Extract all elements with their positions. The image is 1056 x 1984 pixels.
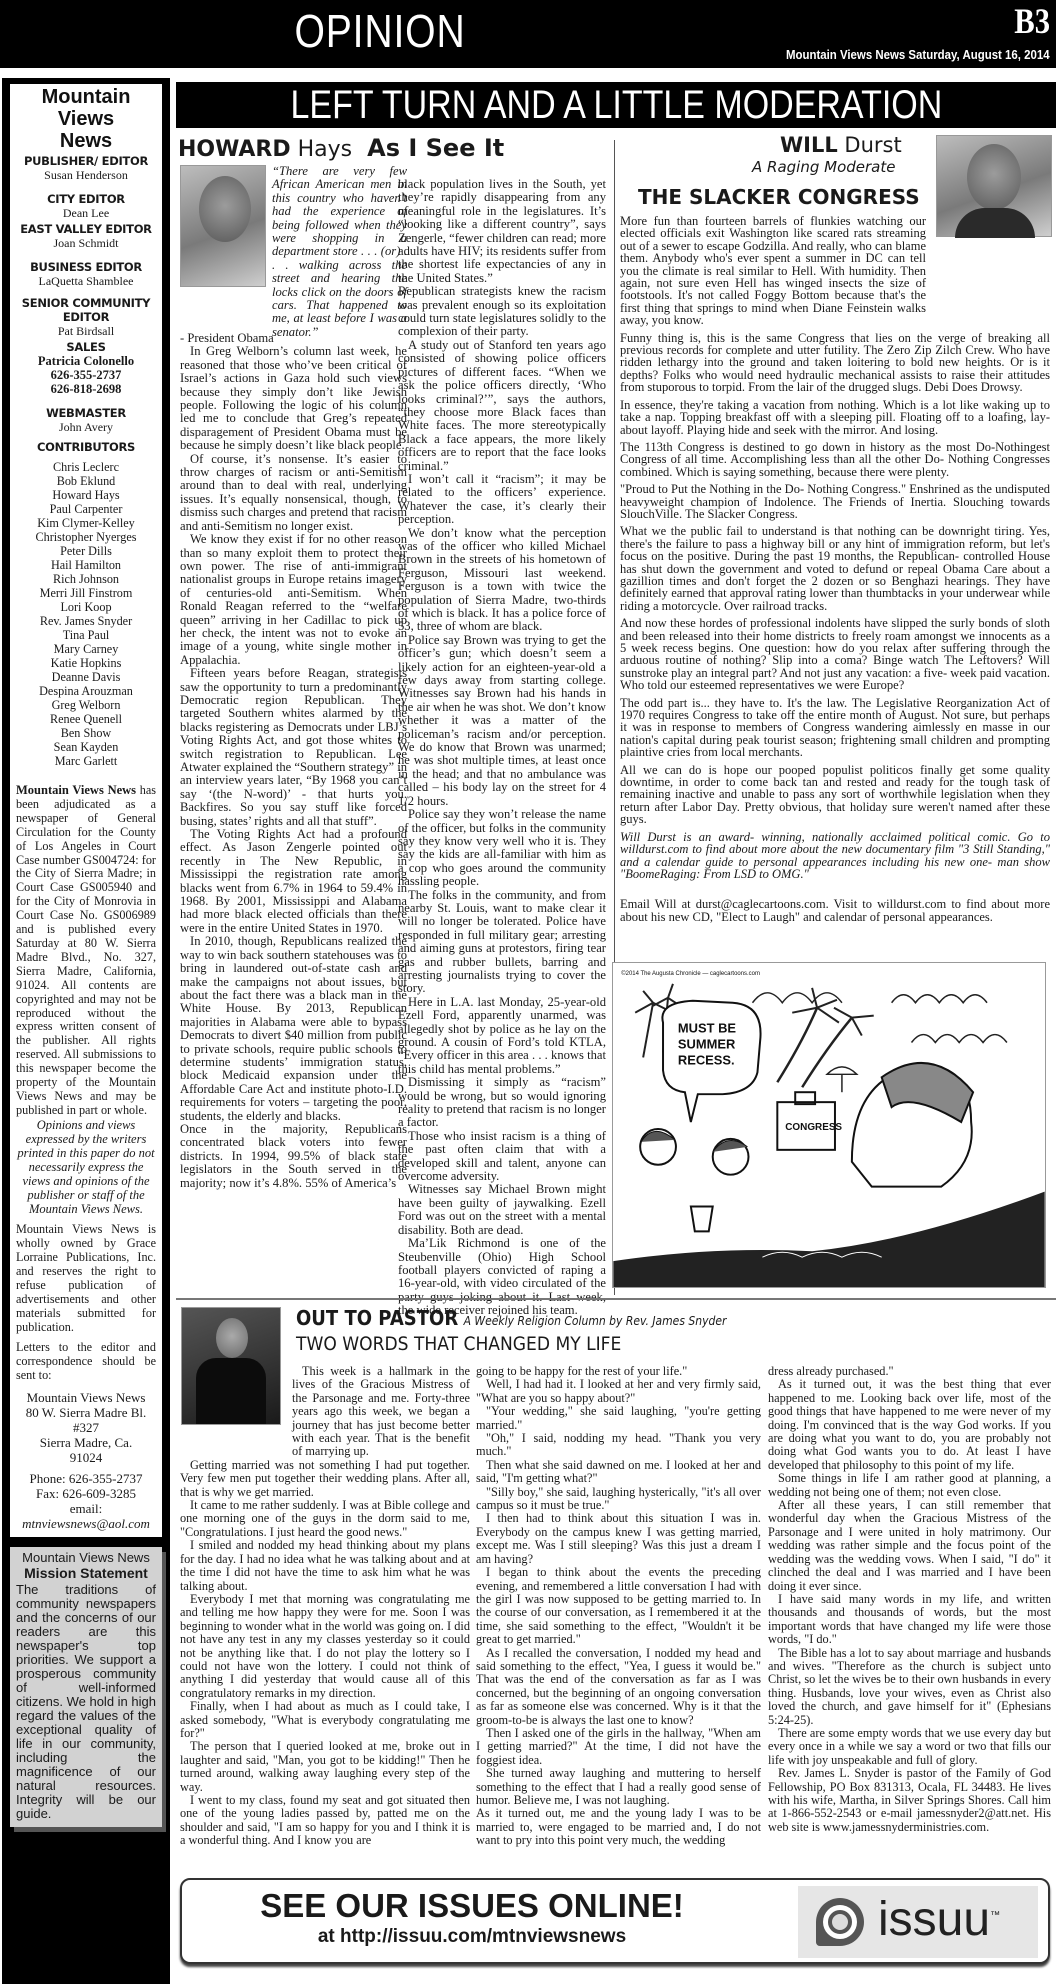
email-label: email:	[16, 1501, 156, 1516]
ownership-notice: Mountain Views News is wholly owned by G…	[16, 1222, 156, 1334]
letters-notice: Letters to the editor and correspondence…	[16, 1340, 156, 1382]
contact-info: Phone: 626-355-2737 Fax: 626-609-3285 em…	[16, 1471, 156, 1531]
svg-text:RECESS.: RECESS.	[678, 1052, 735, 1067]
paragraph: Dismissing it simply as “racism” would b…	[398, 1076, 606, 1130]
paragraph: I went to my class, found my seat and go…	[180, 1794, 470, 1848]
contributor: Merri Jill Finstrom	[16, 586, 156, 600]
paragraph: A study out of Stanford ten years ago co…	[398, 339, 606, 473]
contributor: Katie Hopkins	[16, 656, 156, 670]
paragraph: Fifteen years before Reagan, strategists…	[180, 667, 407, 828]
snyder-column-head: OUT TO PASTORA Weekly Religion Column by…	[296, 1306, 726, 1330]
paragraph: More fun than fourteen barrels of flunki…	[620, 215, 926, 327]
legal-body: has been adjudicated as a newspaper of G…	[16, 783, 156, 1117]
address-line: 80 W. Sierra Madre Bl.	[16, 1405, 156, 1420]
issuu-ad-banner[interactable]: SEE OUR ISSUES ONLINE! at http://issuu.c…	[180, 1878, 1050, 1964]
snyder-title: TWO WORDS THAT CHANGED MY LIFE	[296, 1333, 621, 1355]
headline-text: LEFT TURN AND A LITTLE MODERATION	[290, 82, 942, 128]
paragraph: Witnesses say Michael Brown might have b…	[398, 1183, 606, 1237]
paragraph: Of course, it’s nonsense. It’s easier to…	[180, 453, 407, 533]
paragraph: As it turned out, it was the best thing …	[768, 1378, 1051, 1472]
paragraph: I smiled and nodded my head thinking abo…	[180, 1539, 470, 1593]
svg-text:SUMMER: SUMMER	[678, 1036, 736, 1051]
staff-name: John Avery	[16, 420, 156, 434]
contributor: Greg Welborn	[16, 698, 156, 712]
cartoon-illustration: MUST BE SUMMER RECESS. CONGRESS ©2014 Th…	[613, 963, 1045, 1287]
staff-box: Mountain Views News PUBLISHER/ EDITOR Su…	[10, 84, 162, 1537]
paragraph: The odd part is... they have to. It's th…	[620, 697, 1050, 759]
dateline: Mountain Views News Saturday, August 16,…	[786, 47, 1050, 62]
snyder-col2: going to be happy for the rest of your l…	[476, 1365, 761, 1848]
contributor: Tina Paul	[16, 628, 156, 642]
contributor: Paul Carpenter	[16, 502, 156, 516]
sales-phone: 626-818-2698	[16, 382, 156, 396]
staff-role: EAST VALLEY EDITOR	[16, 222, 156, 236]
staff-role: SENIOR COMMUNITY EDITOR	[16, 296, 156, 324]
paragraph: Police say Brown was trying to get the o…	[398, 634, 606, 808]
masthead-line: Mountain	[16, 86, 156, 108]
email-note: Email Will at durst@caglecartoons.com. V…	[620, 898, 1050, 923]
issuu-wordmark: issuu™	[878, 1892, 1000, 1947]
staff-name: Susan Henderson	[16, 168, 156, 182]
contributor: Kim Clymer-Kelley	[16, 516, 156, 530]
durst-title: THE SLACKER CONGRESS	[638, 185, 920, 209]
masthead-line: Views	[16, 108, 156, 130]
paragraph: As it turned out, me and the young lady …	[476, 1807, 761, 1847]
address-line: Mountain Views News	[16, 1390, 156, 1405]
masthead-title: Mountain Views News	[16, 86, 156, 152]
paragraph: We know they exist if for no other reaso…	[180, 533, 407, 667]
staff-role: SALES	[16, 340, 156, 354]
contributor: Ben Show	[16, 726, 156, 740]
quote-attribution: - President Obama	[180, 332, 407, 345]
paragraph: And now these hordes of professional ind…	[620, 617, 1050, 691]
legal-lead: Mountain Views News	[16, 783, 136, 797]
paragraph: Police say they won’t release the name o…	[398, 808, 606, 888]
paragraph: dress already purchased."	[768, 1365, 1051, 1378]
svg-text:CONGRESS: CONGRESS	[785, 1122, 842, 1133]
page-headline: LEFT TURN AND A LITTLE MODERATION	[176, 82, 1056, 128]
paragraph: "Your wedding," she said laughing, "you'…	[476, 1405, 761, 1432]
staff-role: PUBLISHER/ EDITOR	[16, 154, 156, 168]
staff-role: CITY EDITOR	[16, 192, 156, 206]
contributor: Sean Kayden	[16, 740, 156, 754]
paragraph: In 2010, though, Republicans realized th…	[180, 935, 407, 1123]
column-name: As I See It	[367, 134, 504, 162]
banner-headline: SEE OUR ISSUES ONLINE!	[192, 1886, 752, 1926]
paragraph: In Greg Welborn’s column last week, he r…	[180, 345, 407, 452]
contributors-label: CONTRIBUTORS	[16, 440, 156, 454]
paragraph: Well, I had had it. I looked at her and …	[476, 1378, 761, 1405]
staff-name: LaQuetta Shamblee	[16, 274, 156, 288]
paragraph: We don’t know what the perception was of…	[398, 527, 606, 634]
paragraph: Here in L.A. last Monday, 25-year-old Ez…	[398, 996, 606, 1076]
page-number: B3	[1014, 0, 1050, 42]
contributor: Hail Hamilton	[16, 558, 156, 572]
mission-body: The traditions of community newspapers a…	[16, 1583, 156, 1821]
paragraph: The folks in the community, and from nea…	[398, 889, 606, 996]
staff-role: WEBMASTER	[16, 406, 156, 420]
paragraph: Then what she said dawned on me. I looke…	[476, 1459, 761, 1486]
contributor: Mary Carney	[16, 642, 156, 656]
opinion-disclaimer: Opinions and views expressed by the writ…	[16, 1118, 156, 1216]
snyder-col1: This week is a hallmark in the lives of …	[180, 1365, 470, 1848]
author-first: HOWARD	[178, 137, 291, 162]
paragraph: Republican strategists knew the racism w…	[398, 285, 606, 339]
durst-article: More fun than fourteen barrels of flunki…	[620, 215, 1050, 928]
mission-subtitle: Mission Statement	[16, 1565, 156, 1581]
staff-name: Joan Schmidt	[16, 236, 156, 250]
staff-name: Patricia Colonello	[16, 354, 156, 368]
hays-col2: black population lives in the South, yet…	[398, 178, 606, 1318]
mission-statement: Mountain Views News Mission Statement Th…	[10, 1547, 162, 1827]
paragraph: The Voting Rights Act had a profound eff…	[180, 828, 407, 935]
paragraph: This week is a hallmark in the lives of …	[292, 1365, 470, 1459]
address-line: Sierra Madre, Ca.	[16, 1435, 156, 1450]
paragraph: Once in the majority, Republicans concen…	[180, 1123, 407, 1190]
paragraph: As I recalled the conversation, I nodded…	[476, 1647, 761, 1727]
paragraph: In essence, they're taking a vacation fr…	[620, 399, 1050, 436]
staff-role: BUSINESS EDITOR	[16, 260, 156, 274]
paragraph: After all these years, I can still remem…	[768, 1499, 1051, 1593]
paragraph: The 113th Congress is destined to go dow…	[620, 441, 1050, 478]
paragraph: Some things in life I am rather good at …	[768, 1472, 1051, 1499]
svg-text:©2014 The Augusta Chronicle —: ©2014 The Augusta Chronicle — caglecarto…	[621, 970, 760, 977]
hays-col1: - President Obama In Greg Welborn’s colu…	[180, 165, 407, 1190]
paragraph: I then had to think about this situation…	[476, 1512, 761, 1566]
column-name: OUT TO PASTOR	[296, 1306, 458, 1330]
paragraph: "Silly boy," she said, laughing hysteric…	[476, 1486, 761, 1513]
contributor: Christopher Nyerges	[16, 530, 156, 544]
contributor: Lori Koop	[16, 600, 156, 614]
banner-url[interactable]: at http://issuu.com/mtnviewsnews	[192, 1926, 752, 1948]
fax: Fax: 626-609-3285	[16, 1486, 156, 1501]
contributor: Deanne Davis	[16, 670, 156, 684]
paragraph: Getting married was not something I had …	[180, 1459, 470, 1499]
paragraph: It came to me rather suddenly. I was at …	[180, 1499, 470, 1539]
contributor: Bob Eklund	[16, 474, 156, 488]
contributor: Marc Garlett	[16, 754, 156, 768]
paragraph: going to be happy for the rest of your l…	[476, 1365, 761, 1378]
durst-tagline: A Raging Moderate	[752, 158, 895, 176]
contributor: Renee Quenell	[16, 712, 156, 726]
masthead-line: News	[16, 130, 156, 152]
paragraph: Then I asked one of the girls in the hal…	[476, 1727, 761, 1767]
section-divider	[176, 1298, 1056, 1300]
paragraph: All we can do is hope our pooped populis…	[620, 764, 1050, 826]
hays-byline: HOWARD Hays As I See It	[178, 135, 504, 163]
paragraph: I began to think about the events the pr…	[476, 1566, 761, 1646]
paragraph: I have said many words in my life, and w…	[768, 1593, 1051, 1647]
author-bio: Will Durst is an award- winning, nationa…	[620, 831, 1050, 881]
address-line: 91024	[16, 1450, 156, 1465]
paragraph: Everybody I met that morning was congrat…	[180, 1593, 470, 1700]
author-first: WILL	[780, 133, 838, 157]
contributor: Despina Arouzman	[16, 684, 156, 698]
sales-phone: 626-355-2737	[16, 368, 156, 382]
paragraph: Funny thing is, this is the same Congres…	[620, 332, 1050, 394]
email-link[interactable]: mtnviewsnews@aol.com	[16, 1516, 156, 1531]
snyder-col3: dress already purchased." As it turned o…	[768, 1365, 1051, 1834]
paragraph: black population lives in the South, yet…	[398, 178, 606, 285]
svg-text:MUST BE: MUST BE	[678, 1021, 736, 1036]
legal-notice: Mountain Views News has been adjudicated…	[16, 784, 156, 1118]
staff-name: Dean Lee	[16, 206, 156, 220]
mailing-address: Mountain Views News 80 W. Sierra Madre B…	[16, 1390, 156, 1465]
paragraph: The Bible has a lot to say about marriag…	[768, 1647, 1051, 1727]
mission-title: Mountain Views News	[16, 1551, 156, 1565]
paragraph: There are some empty words that we use e…	[768, 1727, 1051, 1767]
address-line: #327	[16, 1420, 156, 1435]
editorial-cartoon: MUST BE SUMMER RECESS. CONGRESS ©2014 Th…	[612, 962, 1046, 1288]
contributor: Howard Hays	[16, 488, 156, 502]
paragraph: What we the public fail to understand is…	[620, 525, 1050, 612]
contributor: Rev. James Snyder	[16, 614, 156, 628]
phone: Phone: 626-355-2737	[16, 1471, 156, 1486]
paragraph: She turned away laughing and muttering t…	[476, 1767, 761, 1807]
masthead-sidebar: Mountain Views News PUBLISHER/ EDITOR Su…	[2, 78, 170, 1984]
contributor: Rich Johnson	[16, 572, 156, 586]
page-header: OPINION B3 Mountain Views News Saturday,…	[0, 0, 1056, 68]
contributors-list: Chris Leclerc Bob Eklund Howard Hays Pau…	[16, 460, 156, 768]
banner-cta: SEE OUR ISSUES ONLINE! at http://issuu.c…	[192, 1886, 752, 1948]
author-last: Hays	[291, 137, 353, 162]
paragraph: Those who insist racism is a thing of th…	[398, 1130, 606, 1184]
contributor: Peter Dills	[16, 544, 156, 558]
paragraph: Finally, when I had about as much as I c…	[180, 1700, 470, 1740]
paragraph: "Oh," I said, nodding my head. "Thank yo…	[476, 1432, 761, 1459]
paragraph: The person that I queried looked at me, …	[180, 1740, 470, 1794]
paragraph: I won’t call it “racism”; it may be rela…	[398, 473, 606, 527]
section-title: OPINION	[57, 4, 703, 58]
staff-name: Pat Birdsall	[16, 324, 156, 338]
author-last: Durst	[838, 133, 902, 157]
contributor: Chris Leclerc	[16, 460, 156, 474]
column-tagline: A Weekly Religion Column by Rev. James S…	[464, 1314, 727, 1328]
durst-byline: WILL Durst	[780, 133, 902, 157]
issuu-logo: issuu™	[798, 1886, 1038, 1958]
issuu-mark-icon	[816, 1898, 864, 1946]
paragraph: "Proud to Put the Nothing in the Do- Not…	[620, 483, 1050, 520]
author-bio: Rev. James L. Snyder is pastor of the Fa…	[768, 1767, 1051, 1834]
